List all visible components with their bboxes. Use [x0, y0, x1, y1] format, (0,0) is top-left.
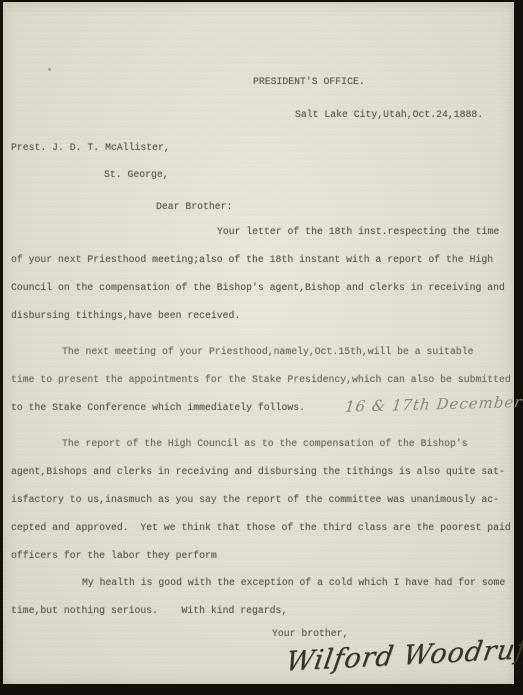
body-line: cepted and approved. Yet we think that t…	[11, 522, 511, 533]
letter-scan: PRESIDENT'S OFFICE. Salt Lake City,Utah,…	[0, 0, 523, 695]
closing: Your brother,	[272, 628, 348, 639]
paper-speck	[91, 614, 93, 616]
body-line: The next meeting of your Priesthood,name…	[62, 346, 474, 357]
letterhead-dateline: Salt Lake City,Utah,Oct.24,1888.	[295, 109, 483, 120]
salutation: Dear Brother:	[156, 201, 232, 212]
body-line: agent,Bishops and clerks in receiving an…	[11, 466, 505, 477]
body-line: time to present the appointments for the…	[11, 374, 511, 385]
body-line: time,but nothing serious. With kind rega…	[11, 605, 287, 616]
body-line: isfactory to us,inasmuch as you say the …	[11, 494, 499, 505]
paper-speck	[48, 68, 51, 71]
body-line: disbursing tithings,have been received.	[11, 310, 240, 321]
body-line: officers for the labor they perform	[11, 550, 217, 561]
body-line: Your letter of the 18th inst.respecting …	[217, 226, 499, 237]
recipient-place: St. George,	[104, 169, 169, 180]
handwritten-note: 16 & 17th December 88	[344, 392, 523, 415]
body-line: of your next Priesthood meeting;also of …	[11, 254, 493, 265]
body-line: Council on the compensation of the Bisho…	[11, 282, 505, 293]
body-line: My health is good with the exception of …	[82, 577, 505, 588]
body-line: The report of the High Council as to the…	[62, 438, 468, 449]
letterhead-office: PRESIDENT'S OFFICE.	[253, 76, 365, 87]
body-line: to the Stake Conference which immediatel…	[11, 402, 305, 413]
letter-paper: PRESIDENT'S OFFICE. Salt Lake City,Utah,…	[3, 2, 514, 684]
signature: Wilford Woodruff	[284, 633, 523, 677]
recipient-name: Prest. J. D. T. McAllister,	[11, 142, 170, 153]
